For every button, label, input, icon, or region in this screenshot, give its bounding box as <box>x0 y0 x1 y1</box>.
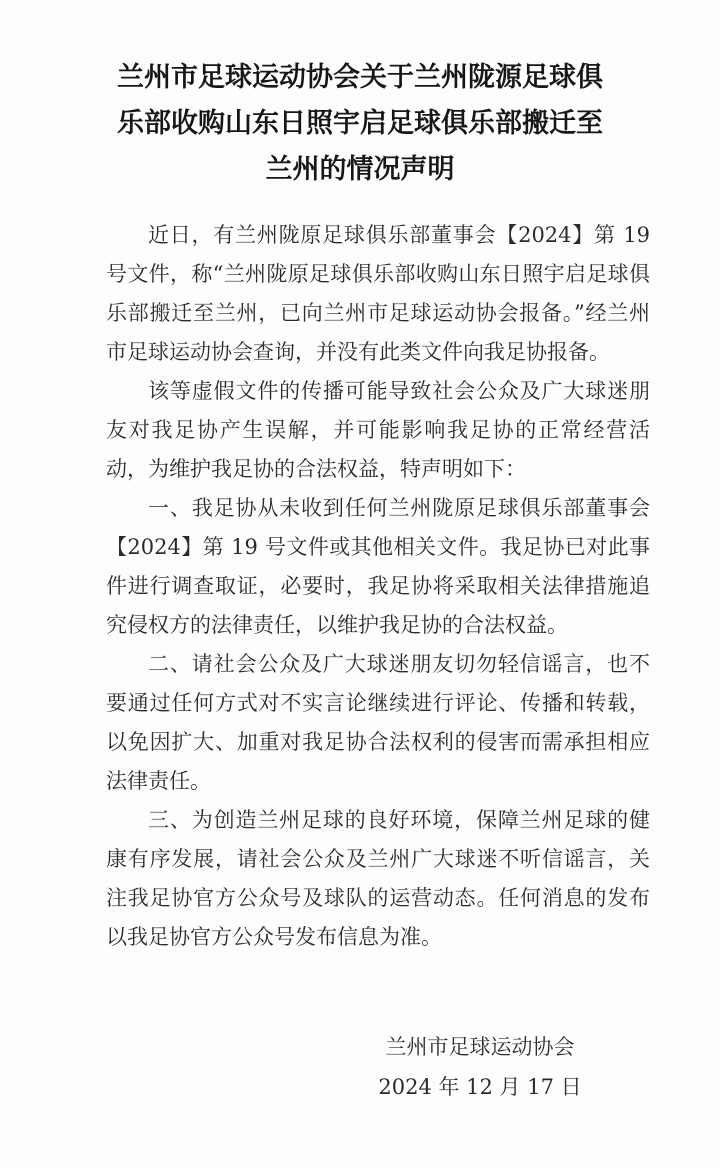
paragraph: 三、为创造兰州足球的良好环境，保障兰州足球的健康有序发展，请社会公众及兰州广大球… <box>106 801 650 957</box>
document-body: 近日，有兰州陇原足球俱乐部董事会【2024】第 19 号文件，称“兰州陇原足球俱… <box>106 216 650 957</box>
document-page: 兰州市足球运动协会关于兰州陇源足球俱乐部收购山东日照宇启足球俱乐部搬迁至兰州的情… <box>0 0 720 1168</box>
paragraph: 该等虚假文件的传播可能导致社会公众及广大球迷朋友对我足协产生误解，并可能影响我足… <box>106 372 650 489</box>
document-title: 兰州市足球运动协会关于兰州陇源足球俱乐部收购山东日照宇启足球俱乐部搬迁至兰州的情… <box>105 54 615 192</box>
signature-date: 2024 年 12 月 17 日 <box>365 1067 595 1107</box>
paragraph: 一、我足协从未收到任何兰州陇原足球俱乐部董事会【2024】第 19 号文件或其他… <box>106 489 650 645</box>
paragraph: 近日，有兰州陇原足球俱乐部董事会【2024】第 19 号文件，称“兰州陇原足球俱… <box>106 216 650 372</box>
signature-block: 兰州市足球运动协会 2024 年 12 月 17 日 <box>365 1027 595 1107</box>
signature-organization: 兰州市足球运动协会 <box>365 1027 595 1067</box>
paragraph: 二、请社会公众及广大球迷朋友切勿轻信谣言，也不要通过任何方式对不实言论继续进行评… <box>106 645 650 801</box>
